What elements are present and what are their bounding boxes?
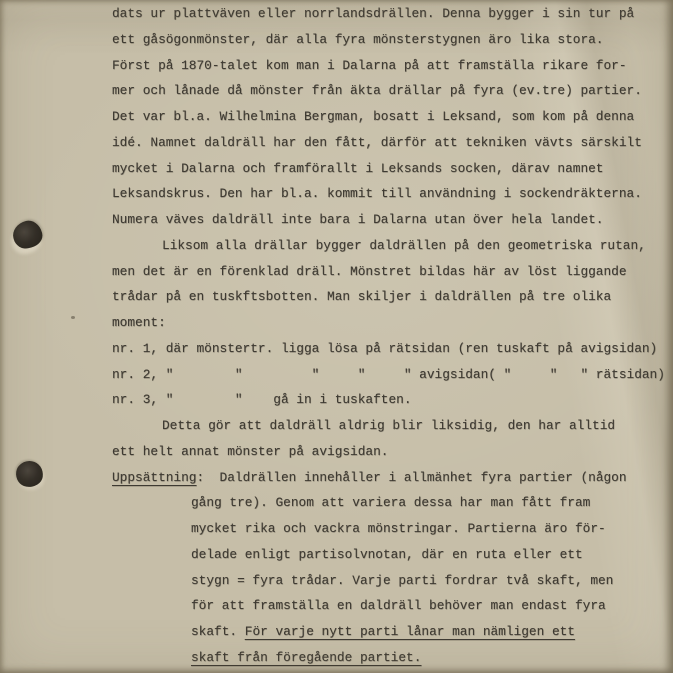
text-segment: för att framställa en daldräll behöver m… [191, 598, 606, 613]
text-line: för att framställa en daldräll behöver m… [112, 593, 673, 619]
text-segment: ett gåsögonmönster, där alla fyra mönste… [112, 32, 603, 47]
text-line: nr. 1, där mönstertr. ligga lösa på räts… [112, 336, 673, 362]
ink-blot-upper [10, 218, 45, 251]
text-line: gång tre). Genom att variera dessa har m… [112, 490, 673, 516]
text-segment: skaft. [191, 624, 245, 639]
text-line: mer och lånade då mönster från äkta dräl… [112, 78, 673, 104]
text-segment: men det är en förenklad dräll. Mönstret … [112, 264, 627, 279]
text-segment: mycket i Dalarna och framförallt i Leksa… [112, 161, 603, 176]
text-line: ett gåsögonmönster, där alla fyra mönste… [112, 27, 673, 53]
text-segment: Detta gör att daldräll aldrig blir liksi… [162, 418, 615, 433]
text-segment: delade enligt partisolvnotan, där en rut… [191, 547, 583, 562]
text-line: dats ur plattväven eller norrlandsdrälle… [112, 1, 673, 27]
text-line: mycket i Dalarna och framförallt i Leksa… [112, 156, 673, 182]
text-segment: : [196, 470, 219, 485]
text-line: ett helt annat mönster på avigsidan. [112, 439, 673, 465]
text-segment: nr. 3, " " gå in i tuskaften. [112, 392, 412, 407]
text-segment: Först på 1870-talet kom man i Dalarna på… [112, 58, 627, 73]
text-line: Uppsättning: Daldrällen innehåller i all… [112, 465, 673, 491]
text-segment: gång tre). Genom att variera dessa har m… [191, 495, 590, 510]
text-line: nr. 2, " " " " " avigsidan( " " " rätsid… [112, 362, 673, 388]
text-line: stygn = fyra trådar. Varje parti fordrar… [112, 568, 673, 594]
text-segment: mer och lånade då mönster från äkta dräl… [112, 83, 642, 98]
text-segment: Numera väves daldräll inte bara i Dalarn… [112, 212, 603, 227]
text-line: skaft. För varje nytt parti lånar man nä… [112, 619, 673, 645]
text-line: Detta gör att daldräll aldrig blir liksi… [112, 413, 673, 439]
manuscript-page: dats ur plattväven eller norrlandsdrälle… [0, 0, 673, 673]
text-segment: dats ur plattväven eller norrlandsdrälle… [112, 6, 634, 21]
text-segment: Liksom alla drällar bygger daldrällen på… [162, 238, 646, 253]
text-line: Först på 1870-talet kom man i Dalarna på… [112, 53, 673, 79]
text-line: men det är en förenklad dräll. Mönstret … [112, 259, 673, 285]
text-line: Liksom alla drällar bygger daldrällen på… [112, 233, 673, 259]
text-segment: stygn = fyra trådar. Varje parti fordrar… [191, 573, 613, 588]
underlined-text: skaft från föregående partiet. [191, 650, 421, 665]
text-segment: Leksandskrus. Den har bl.a. kommit till … [112, 186, 642, 201]
text-line: mycket rika och vackra mönstringar. Part… [112, 516, 673, 542]
text-segment: ett helt annat mönster på avigsidan. [112, 444, 388, 459]
text-line: idé. Namnet daldräll har den fått, därfö… [112, 130, 673, 156]
text-segment: moment: [112, 315, 166, 330]
text-segment: mycket rika och vackra mönstringar. Part… [191, 521, 606, 536]
ink-blot-lower [14, 459, 44, 489]
text-line: Numera väves daldräll inte bara i Dalarn… [112, 207, 673, 233]
text-segment: trådar på en tuskftsbotten. Man skiljer … [112, 289, 611, 304]
text-line: delade enligt partisolvnotan, där en rut… [112, 542, 673, 568]
text-segment: nr. 1, där mönstertr. ligga lösa på räts… [112, 341, 657, 356]
paper-speck [71, 316, 75, 319]
underlined-text: Uppsättning [112, 470, 196, 485]
text-line: trådar på en tuskftsbotten. Man skiljer … [112, 284, 673, 310]
text-line: moment: [112, 310, 673, 336]
text-segment: Det var bl.a. Wilhelmina Bergman, bosatt… [112, 109, 634, 124]
typewritten-text: dats ur plattväven eller norrlandsdrälle… [112, 1, 673, 671]
text-segment: idé. Namnet daldräll har den fått, därfö… [112, 135, 642, 150]
text-line: Det var bl.a. Wilhelmina Bergman, bosatt… [112, 104, 673, 130]
text-segment: Daldrällen innehåller i allmänhet fyra p… [220, 470, 627, 485]
text-line: nr. 3, " " gå in i tuskaften. [112, 387, 673, 413]
text-line: skaft från föregående partiet. [112, 645, 673, 671]
text-line: Leksandskrus. Den har bl.a. kommit till … [112, 181, 673, 207]
underlined-text: För varje nytt parti lånar man nämligen … [245, 624, 575, 639]
text-segment: nr. 2, " " " " " avigsidan( " " " rätsid… [112, 367, 665, 382]
